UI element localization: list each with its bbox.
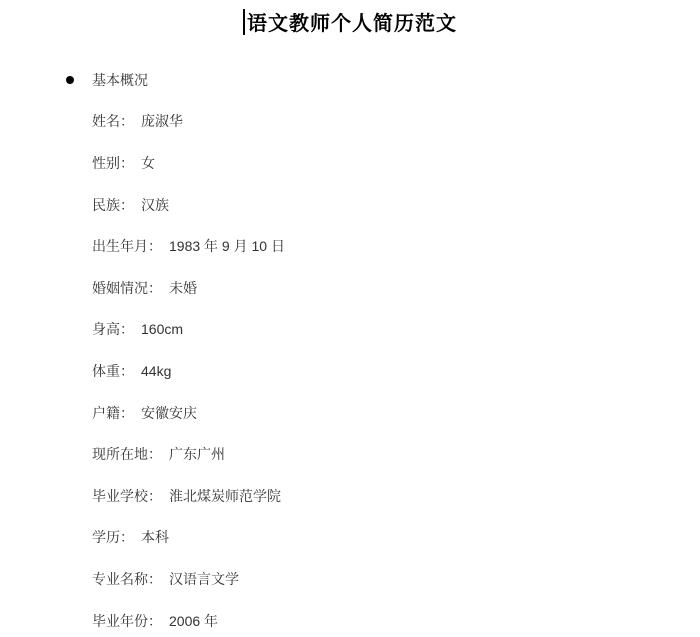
field-label: 性别： xyxy=(92,153,134,173)
field-label: 专业名称： xyxy=(92,569,162,589)
field-value: 安徽安庆 xyxy=(141,403,197,423)
field-value: 汉语言文学 xyxy=(169,569,239,589)
text-caret xyxy=(243,9,245,35)
field-label: 身高： xyxy=(92,319,134,339)
field-row-graduated-school: 毕业学校： 淮北煤炭师范学院 xyxy=(66,475,700,517)
section-heading: 基本概况 xyxy=(92,70,148,90)
field-value: 2006 年 xyxy=(169,611,218,631)
field-row-weight: 体重： 44kg xyxy=(66,350,700,392)
title-row: 语文教师个人简历范文 xyxy=(0,7,700,36)
field-row-gender: 性别： 女 xyxy=(66,142,700,184)
field-value: 汉族 xyxy=(141,195,169,215)
field-label: 出生年月： xyxy=(92,236,162,256)
field-value: 未婚 xyxy=(169,278,197,298)
field-row-height: 身高： 160cm xyxy=(66,309,700,351)
field-row-birthdate: 出生年月： 1983 年 9 月 10 日 xyxy=(66,225,700,267)
field-value: 广东广州 xyxy=(169,444,225,464)
field-label: 毕业年份： xyxy=(92,611,162,631)
field-label: 姓名： xyxy=(92,111,134,131)
field-value: 1983 年 9 月 10 日 xyxy=(169,236,285,256)
document-page[interactable]: 语文教师个人简历范文 基本概况 姓名： 庞淑华 性别： 女 民族： 汉族 出生年… xyxy=(0,0,700,637)
field-value: 44kg xyxy=(141,363,171,379)
field-row-graduation-year: 毕业年份： 2006 年 xyxy=(66,600,700,637)
bullet-icon xyxy=(66,76,74,84)
field-row-major: 专业名称： 汉语言文学 xyxy=(66,558,700,600)
field-row-marital-status: 婚姻情况： 未婚 xyxy=(66,267,700,309)
field-label: 民族： xyxy=(92,195,134,215)
field-row-current-location: 现所在地： 广东广州 xyxy=(66,433,700,475)
field-label: 户籍： xyxy=(92,403,134,423)
page-title: 语文教师个人简历范文 xyxy=(247,7,457,36)
field-value: 庞淑华 xyxy=(141,111,183,131)
field-label: 现所在地： xyxy=(92,444,162,464)
field-value: 本科 xyxy=(141,527,169,547)
field-value: 女 xyxy=(141,153,155,173)
field-row-name: 姓名： 庞淑华 xyxy=(66,101,700,143)
field-label: 体重： xyxy=(92,361,134,381)
field-value: 淮北煤炭师范学院 xyxy=(169,486,281,506)
section-heading-row: 基本概况 xyxy=(66,59,700,101)
field-label: 学历： xyxy=(92,527,134,547)
field-label: 毕业学校： xyxy=(92,486,162,506)
field-row-household-registration: 户籍： 安徽安庆 xyxy=(66,392,700,434)
field-row-education-level: 学历： 本科 xyxy=(66,517,700,559)
document-body: 基本概况 姓名： 庞淑华 性别： 女 民族： 汉族 出生年月： 1983 年 9… xyxy=(66,59,700,637)
field-label: 婚姻情况： xyxy=(92,278,162,298)
field-value: 160cm xyxy=(141,321,183,337)
field-row-ethnicity: 民族： 汉族 xyxy=(66,184,700,226)
